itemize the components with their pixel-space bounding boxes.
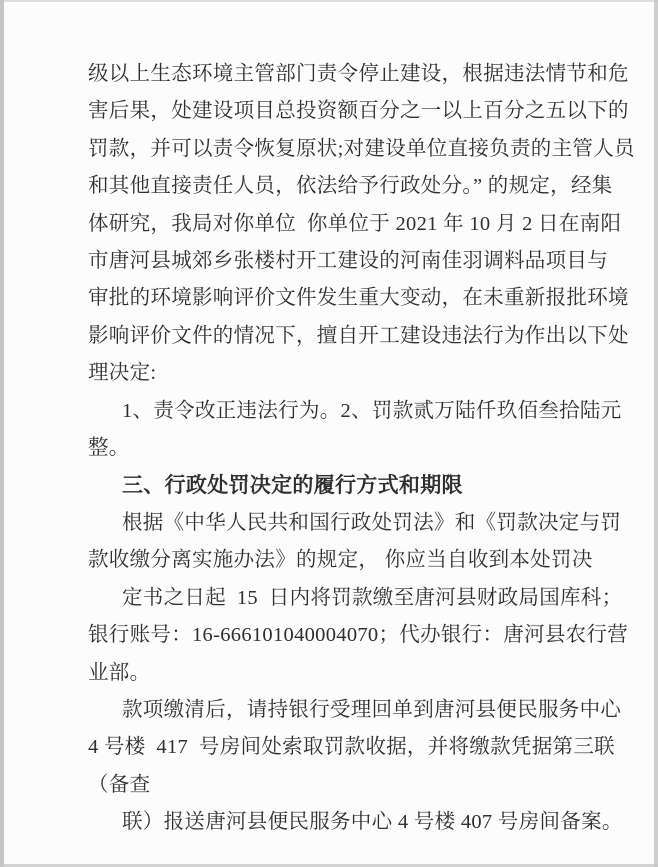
text-line: 市唐河县城郊乡张楼村开工建设的河南佳羽调料品项目与 bbox=[88, 243, 603, 280]
text-line: 影响评价文件的情况下，擅自开工建设违法行为作出以下处 bbox=[88, 318, 603, 355]
text-line: 4 号楼 417 号房间处索取罚款收据，并将缴款凭据第三联 bbox=[88, 729, 603, 766]
text-line: 款收缴分离实施办法》的规定， 你应当自收到本处罚决 bbox=[88, 542, 603, 579]
document-text-block: 级以上生态环境主管部门责令停止建设，根据违法情节和危 害后果，处建设项目总投资额… bbox=[88, 56, 603, 842]
text-line: （备查 bbox=[88, 767, 603, 804]
text-line: 害后果，处建设项目总投资额百分之一以上百分之五以下的 bbox=[88, 93, 603, 130]
section-heading-three: 三、行政处罚决定的履行方式和期限 bbox=[88, 467, 603, 504]
scan-edge-left bbox=[0, 0, 4, 867]
scan-edge-top bbox=[0, 0, 658, 2]
text-line: 业部。 bbox=[88, 655, 603, 692]
text-line: 款项缴清后，请持银行受理回单到唐河县便民服务中心 bbox=[88, 692, 603, 729]
text-line: 审批的环境影响评价文件发生重大变动，在未重新报批环境 bbox=[88, 280, 603, 317]
penalty-items-line: 1、责令改正违法行为。2、罚款贰万陆仟玖佰叁拾陆元 bbox=[88, 393, 603, 430]
scan-edge-right bbox=[654, 0, 658, 867]
text-line: 级以上生态环境主管部门责令停止建设，根据违法情节和危 bbox=[88, 56, 603, 93]
bank-account-line: 银行账号：16-666101040004070；代办银行：唐河县农行营 bbox=[88, 617, 603, 654]
payment-deadline-line: 定书之日起 15 日内将罚款缴至唐河县财政局国库科； bbox=[88, 580, 603, 617]
document-page: 级以上生态环境主管部门责令停止建设，根据违法情节和危 害后果，处建设项目总投资额… bbox=[0, 0, 658, 867]
text-line: 和其他直接责任人员，依法给予行政处分。” 的规定，经集 bbox=[88, 168, 603, 205]
text-line: 根据《中华人民共和国行政处罚法》和《罚款决定与罚 bbox=[88, 505, 603, 542]
text-line: 联）报送唐河县便民服务中心 4 号楼 407 号房间备案。 bbox=[88, 804, 603, 841]
text-line: 整。 bbox=[88, 430, 603, 467]
text-line: 罚款，并可以责令恢复原状;对建设单位直接负责的主管人员 bbox=[88, 131, 603, 168]
text-line: 体研究，我局对你单位 你单位于 2021 年 10 月 2 日在南阳 bbox=[88, 206, 603, 243]
text-line: 理决定: bbox=[88, 355, 603, 392]
